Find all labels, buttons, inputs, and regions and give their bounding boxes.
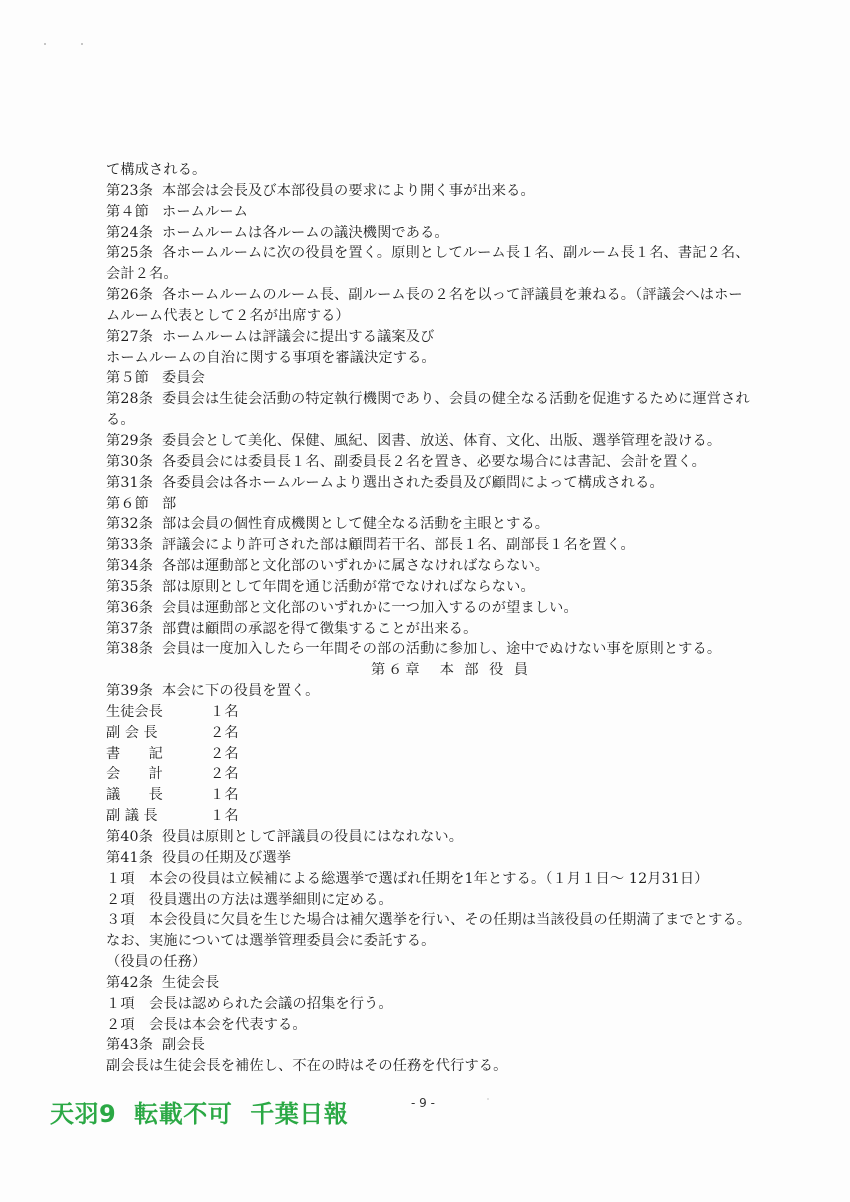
officer-row: 生徒会長１名 — [106, 702, 786, 723]
article-line: 第31条各委員会は各ホームルームより選出された委員及び顧問によって構成される。 — [106, 473, 786, 494]
article-line: 第29条委員会として美化、保健、風紀、図書、放送、体育、文化、出版、選挙管理を設… — [106, 431, 786, 452]
scan-speck — [44, 43, 46, 45]
clause-line: １項 本会の役員は立候補による総選挙で選ばれ任期を1年とする。（１月１日～ 12… — [106, 869, 786, 890]
text-line: なお、実施については選挙管理委員会に委託する。 — [106, 931, 786, 952]
article-line: 第34条各部は運動部と文化部のいずれかに属さなければならない。 — [106, 556, 786, 577]
clause-line: ２項 会長は本会を代表する。 — [106, 1015, 786, 1036]
article-number: 第29条 — [106, 431, 162, 452]
article-line: 第42条生徒会長 — [106, 973, 786, 994]
article-line: 第28条委員会は生徒会活動の特定執行機関であり、会員の健全なる活動を促進するため… — [106, 389, 786, 410]
chapter-heading: 第６章 本 部 役 員 — [106, 660, 786, 681]
subheading-line: （役員の任務） — [106, 952, 786, 973]
article-number: 第43条 — [106, 1035, 162, 1056]
article-number: 第38条 — [106, 639, 162, 660]
article-line: 第43条副会長 — [106, 1035, 786, 1056]
text-line: 会計２名。 — [106, 264, 786, 285]
article-number: 第24条 — [106, 223, 162, 244]
scan-speck — [81, 43, 83, 45]
article-number: 第41条 — [106, 848, 162, 869]
article-line: 第27条ホームルームは評議会に提出する議案及び — [106, 327, 786, 348]
article-line: 第32条部は会員の個性育成機関として健全なる活動を主眼とする。 — [106, 514, 786, 535]
article-number: 第31条 — [106, 473, 162, 494]
officer-row: 会 計２名 — [106, 764, 786, 785]
article-number: 第28条 — [106, 389, 162, 410]
article-number: 第39条 — [106, 681, 162, 702]
scanned-page: て構成される。 第23条本部会は会長及び本部役員の要求により開く事が出来る。 第… — [0, 0, 850, 1202]
article-number: 第26条 — [106, 285, 162, 306]
article-line: 第38条会員は一度加入したら一年間その部の活動に参加し、途中でぬけない事を原則と… — [106, 639, 786, 660]
officer-row: 副 会 長２名 — [106, 723, 786, 744]
text-line: て構成される。 — [106, 160, 786, 181]
article-line: 第40条役員は原則として評議員の役員にはなれない。 — [106, 827, 786, 848]
section-heading: 第６節部 — [106, 494, 786, 515]
document-body: て構成される。 第23条本部会は会長及び本部役員の要求により開く事が出来る。 第… — [106, 160, 786, 1077]
page-number: - 9 - — [411, 1096, 435, 1110]
article-number: 第34条 — [106, 556, 162, 577]
article-line: 第39条本会に下の役員を置く。 — [106, 681, 786, 702]
section-number: 第５節 — [106, 368, 162, 389]
clause-line: ２項 役員選出の方法は選挙細則に定める。 — [106, 890, 786, 911]
article-line: 第35条部は原則として年間を通じ活動が常でなければならない。 — [106, 577, 786, 598]
article-line: 第41条役員の任期及び選挙 — [106, 848, 786, 869]
article-number: 第35条 — [106, 577, 162, 598]
section-number: 第６節 — [106, 494, 162, 515]
article-line: 第26条各ホームルームのルーム長、副ルーム長の２名を以って評議員を兼ねる。（評議… — [106, 285, 786, 306]
clause-line: １項 会長は認められた会議の招集を行う。 — [106, 994, 786, 1015]
section-heading: 第４節ホームルーム — [106, 202, 786, 223]
officer-row: 議 長１名 — [106, 785, 786, 806]
text-line: ムルーム代表として２名が出席する） — [106, 306, 786, 327]
text-line: る。 — [106, 410, 786, 431]
section-number: 第４節 — [106, 202, 162, 223]
article-number: 第36条 — [106, 598, 162, 619]
article-number: 第40条 — [106, 827, 162, 848]
article-line: 第25条各ホームルームに次の役員を置く。原則としてルーム長１名、副ルーム長１名、… — [106, 243, 786, 264]
article-line: 第33条評議会により許可された部は顧問若干名、部長１名、副部長１名を置く。 — [106, 535, 786, 556]
article-line: 第30条各委員会には委員長１名、副委員長２名を置き、必要な場合には書記、会計を置… — [106, 452, 786, 473]
article-number: 第37条 — [106, 619, 162, 640]
watermark-part: 天羽9 — [50, 1100, 116, 1128]
watermark: 天羽9転載不可千葉日報 — [50, 1094, 366, 1129]
scan-speck — [487, 1098, 489, 1100]
article-number: 第42条 — [106, 973, 162, 994]
watermark-part: 転載不可 — [134, 1100, 232, 1128]
article-line: 第24条ホームルームは各ルームの議決機関である。 — [106, 223, 786, 244]
officer-row: 書 記２名 — [106, 744, 786, 765]
article-number: 第32条 — [106, 514, 162, 535]
section-heading: 第５節委員会 — [106, 368, 786, 389]
text-line: ホームルームの自治に関する事項を審議決定する。 — [106, 348, 786, 369]
article-line: 第36条会員は運動部と文化部のいずれかに一つ加入するのが望ましい。 — [106, 598, 786, 619]
article-number: 第30条 — [106, 452, 162, 473]
clause-line: ３項 本会役員に欠員を生じた場合は補欠選挙を行い、その任期は当該役員の任期満了ま… — [106, 910, 786, 931]
watermark-part: 千葉日報 — [250, 1100, 348, 1128]
officer-row: 副 議 長１名 — [106, 806, 786, 827]
article-line: 第37条部費は顧問の承認を得て徴集することが出来る。 — [106, 619, 786, 640]
article-line: 第23条本部会は会長及び本部役員の要求により開く事が出来る。 — [106, 181, 786, 202]
article-number: 第23条 — [106, 181, 162, 202]
article-number: 第33条 — [106, 535, 162, 556]
article-number: 第25条 — [106, 243, 162, 264]
article-number: 第27条 — [106, 327, 162, 348]
text-line: 副会長は生徒会長を補佐し、不在の時はその任務を代行する。 — [106, 1056, 786, 1077]
